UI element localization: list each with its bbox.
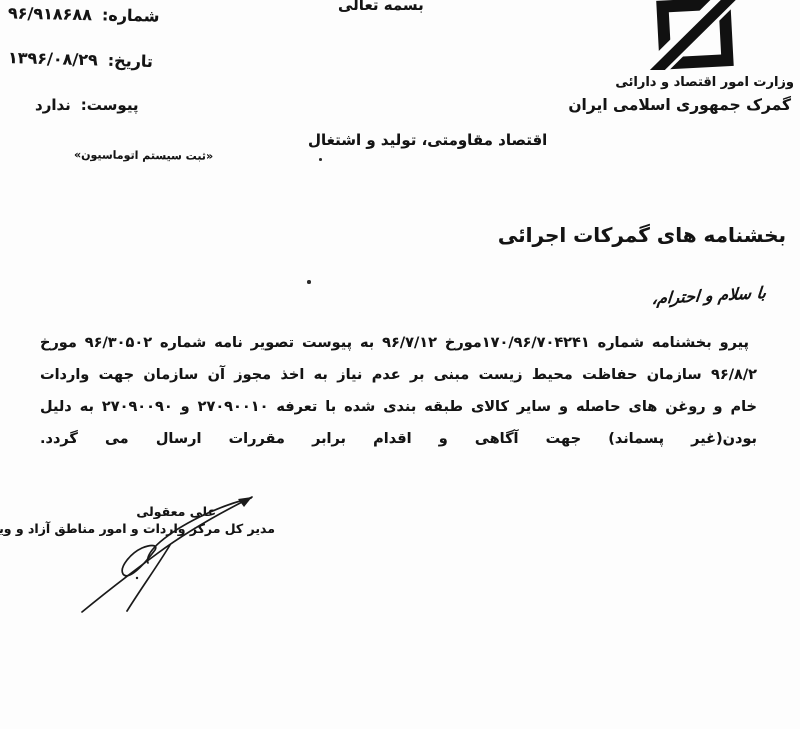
body-line: پیرو بخشنامه شماره ۱۷۰/۹۶/۷۰۴۲۴۱مورخ ۹۶/… — [40, 327, 757, 359]
body-line: ۹۶/۸/۲ سازمان حفاظت محیط زیست مبنی بر عد… — [40, 359, 757, 391]
date-label: تاریخ: — [108, 51, 154, 71]
letter-number-row: شماره: ۹۶/۹۱۸۶۸۸ — [8, 3, 160, 25]
handwritten-signature-mark — [30, 485, 260, 630]
automation-note: «ثبت سیستم اتوماسیون» — [74, 148, 213, 162]
body-paragraph: پیرو بخشنامه شماره ۱۷۰/۹۶/۷۰۴۲۴۱مورخ ۹۶/… — [40, 327, 757, 455]
bismillah-text: بسمه تعالی — [338, 0, 424, 14]
attachment-value: ندارد — [35, 96, 71, 114]
number-value: ۹۶/۹۱۸۶۸۸ — [8, 3, 92, 24]
year-slogan: اقتصاد مقاومتی، تولید و اشتغال — [308, 131, 547, 149]
scan-speck — [307, 280, 311, 284]
attachment-label: پیوست: — [81, 96, 139, 114]
scanned-letter-page: بسمه تعالی وزارت امور اقتصاد و دارائی گم… — [0, 0, 800, 729]
customs-emblem-icon — [648, 0, 738, 70]
organization-name: گمرک جمهوری اسلامی ایران — [568, 96, 791, 114]
scan-speck — [319, 158, 322, 161]
letter-heading: بخشنامه های گمرکات اجرائی — [498, 223, 786, 247]
attachment-row: پیوست: ندارد — [35, 96, 139, 114]
body-line: خام و روغن های حاصله و سایر کالای طبقه ب… — [40, 391, 757, 423]
body-line: بودن(غیر پسماند) جهت آگاهی و اقدام برابر… — [40, 423, 757, 455]
salutation-handwritten: با سلام و احترام، — [651, 283, 767, 308]
number-label: شماره: — [102, 5, 160, 25]
letter-date-row: تاریخ: ۱۳۹۶/۰۸/۲۹ — [8, 48, 153, 71]
date-value: ۱۳۹۶/۰۸/۲۹ — [8, 48, 98, 70]
ministry-name: وزارت امور اقتصاد و دارائی — [615, 75, 794, 90]
